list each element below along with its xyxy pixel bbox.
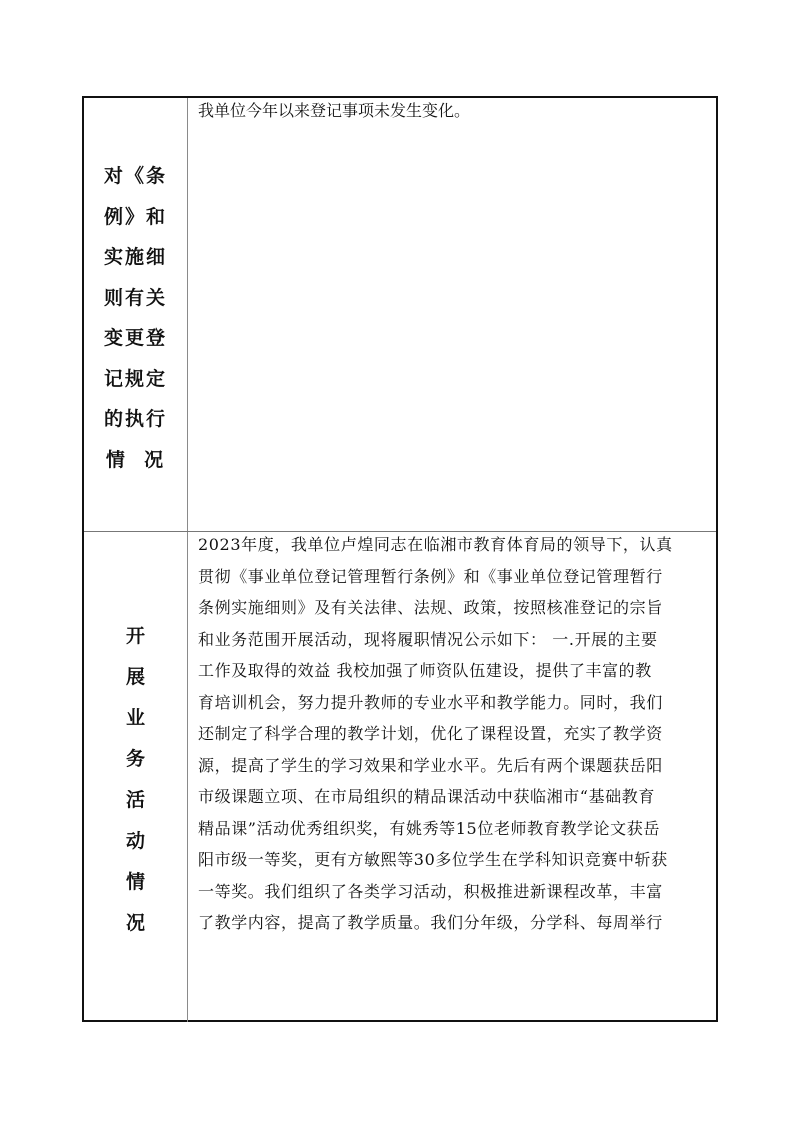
label-line: 动 [84,821,187,862]
label-line: 的执行 [84,399,187,440]
registration-change-statement: 我单位今年以来登记事项未发生变化。 [198,101,470,120]
label-line: 记规定 [84,359,187,400]
paragraph-line: 阳市级一等奖，更有方敏熙等30多位学生在学科知识竞赛中斩获 [198,844,710,876]
label-line: 对《条 [84,156,187,197]
table-row-business-activities: 开 展 业 务 活 动 情 况 2023年度，我单位卢煌同志在临湘市教育体育局的… [84,532,716,1022]
label-line: 况 [84,903,187,944]
label-line: 例》和 [84,197,187,238]
row-label-cell: 开 展 业 务 活 动 情 况 [84,532,188,1022]
label-line: 展 [84,657,187,698]
label-line: 则有关 [84,278,187,319]
label-line: 变更登 [84,318,187,359]
row-content-business-activities: 2023年度，我单位卢煌同志在临湘市教育体育局的领导下，认真 贯彻《事业单位登记… [188,529,716,1019]
paragraph-line: 贯彻《事业单位登记管理暂行条例》和《事业单位登记管理暂行 [198,561,710,593]
paragraph-line: 条例实施细则》及有关法律、法规、政策，按照核准登记的宗旨 [198,592,710,624]
label-line: 情 [84,862,187,903]
label-line: 活 [84,780,187,821]
row-label-business-activities: 开 展 业 务 活 动 情 况 [84,616,187,944]
label-line: 业 [84,698,187,739]
paragraph-line: 源，提高了学生的学习效果和学业水平。先后有两个课题获岳阳 [198,750,710,782]
paragraph-line: 还制定了科学合理的教学计划，优化了课程设置，充实了教学资 [198,718,710,750]
paragraph-line: 和业务范围开展活动，现将履职情况公示如下： 一.开展的主要 [198,624,710,656]
paragraph-line: 精品课”活动优秀组织奖，有姚秀等15位老师教育教学论文获岳 [198,813,710,845]
label-line: 实施细 [84,237,187,278]
row-content-registration-changes: 我单位今年以来登记事项未发生变化。 [188,99,716,532]
paragraph-line: 工作及取得的效益 我校加强了师资队伍建设，提供了丰富的教 [198,655,710,687]
row-label-cell: 对《条 例》和 实施细 则有关 变更登 记规定 的执行 情 况 [84,98,188,531]
report-table: 对《条 例》和 实施细 则有关 变更登 记规定 的执行 情 况 我单位今年以来登… [82,96,718,1022]
paragraph-line: 育培训机会，努力提升教师的专业水平和教学能力。同时，我们 [198,687,710,719]
paragraph-line: 了教学内容，提高了教学质量。我们分年级，分学科、每周举行 [198,907,710,939]
label-line: 开 [84,616,187,657]
paragraph-line: 市级课题立项、在市局组织的精品课活动中获临湘市“基础教育 [198,781,710,813]
paragraph-line: 2023年度，我单位卢煌同志在临湘市教育体育局的领导下，认真 [198,529,710,561]
paragraph-line: 一等奖。我们组织了各类学习活动，积极推进新课程改革，丰富 [198,876,710,908]
table-row-registration-changes: 对《条 例》和 实施细 则有关 变更登 记规定 的执行 情 况 我单位今年以来登… [84,98,716,532]
label-line: 情 况 [84,440,187,481]
row-label-registration-changes: 对《条 例》和 实施细 则有关 变更登 记规定 的执行 情 况 [84,156,187,480]
label-line: 务 [84,739,187,780]
